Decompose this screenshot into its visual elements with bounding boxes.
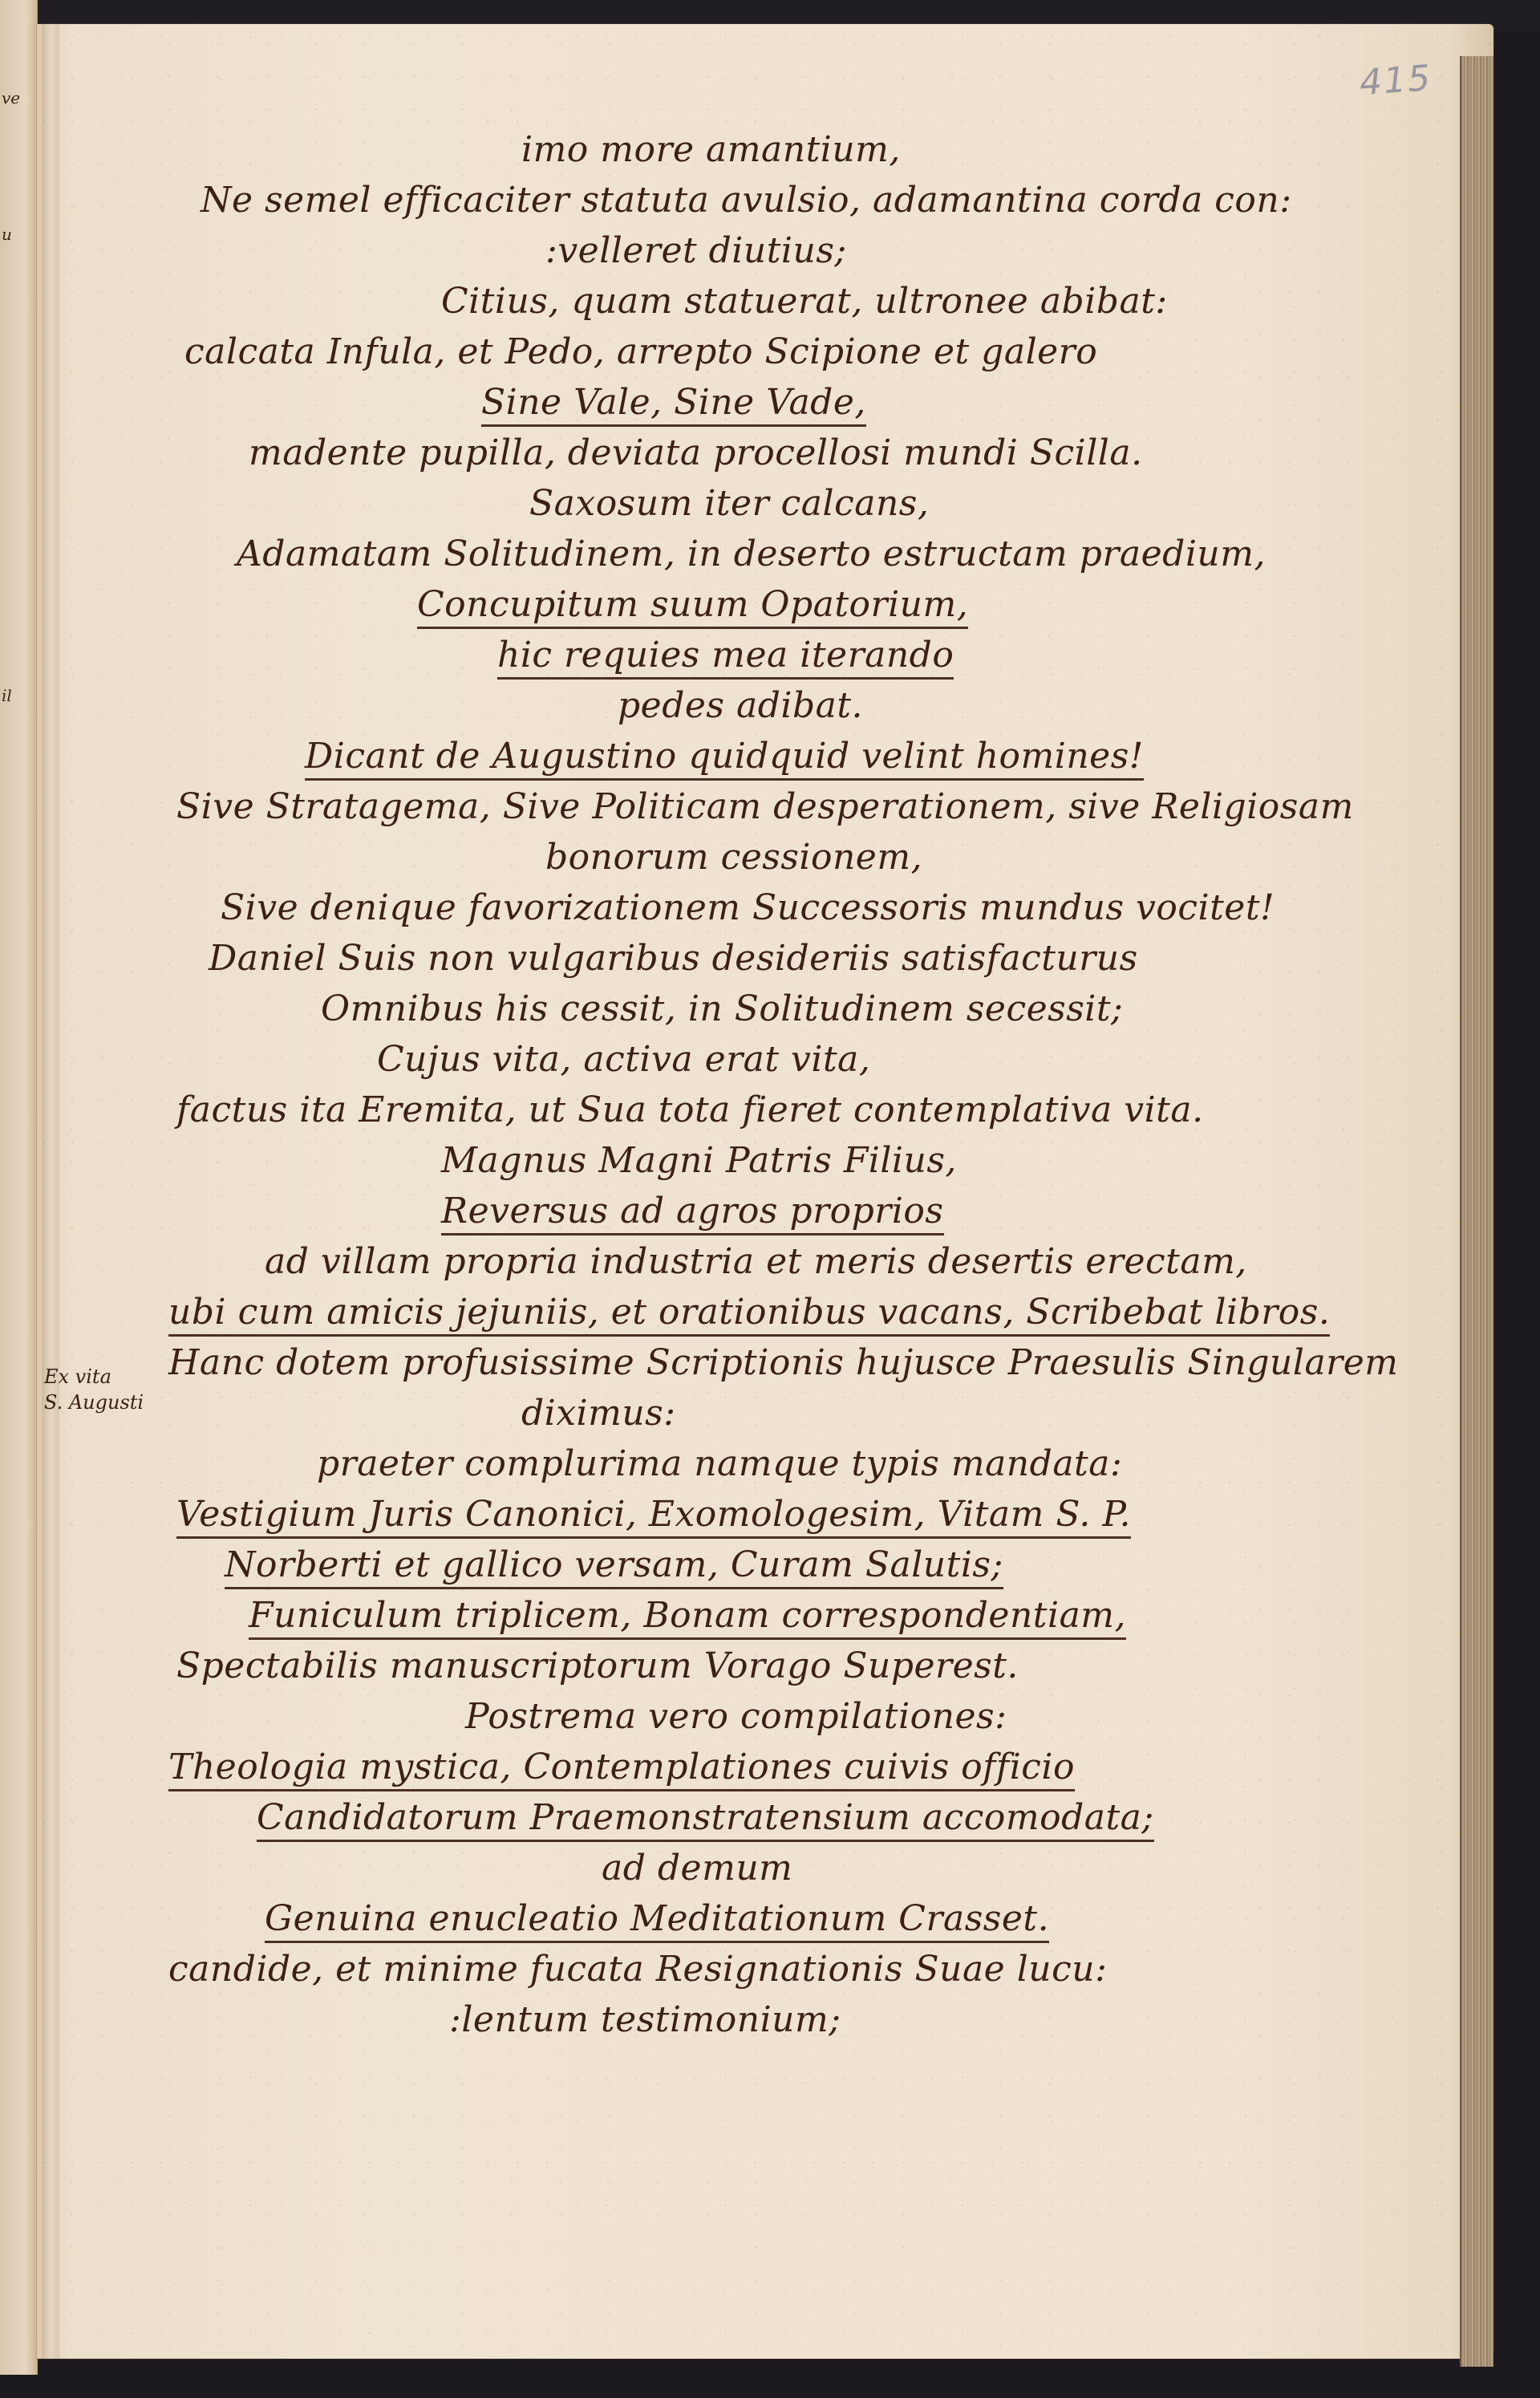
line-text: Sine Vale, Sine Vade,: [481, 382, 866, 427]
manuscript-line: Spectabilis manuscriptorum Vorago Supere…: [168, 1641, 1372, 1691]
line-text: diximus:: [521, 1393, 676, 1434]
line-text: Omnibus his cessit, in Solitudinem seces…: [321, 988, 1123, 1029]
manuscript-text: imo more amantium,Ne semel efficaciter s…: [168, 124, 1372, 2045]
manuscript-line: Sive Stratagema, Sive Politicam desperat…: [168, 781, 1372, 832]
manuscript-line: Omnibus his cessit, in Solitudinem seces…: [168, 984, 1372, 1034]
line-text: Adamatam Solitudinem, in deserto estruct…: [237, 534, 1266, 574]
line-text: ad demum: [602, 1848, 792, 1889]
manuscript-line: praeter complurima namque typis mandata:: [168, 1438, 1372, 1489]
line-text: Sive Stratagema, Sive Politicam desperat…: [176, 786, 1354, 827]
line-text: Genuina enucleatio Meditationum Crasset.: [265, 1898, 1049, 1943]
manuscript-line: Theologia mystica, Contemplationes cuivi…: [168, 1742, 1372, 1792]
manuscript-line: Concupitum suum Opatorium,: [168, 579, 1372, 630]
line-text: Daniel Suis non vulgaribus desideriis sa…: [209, 938, 1138, 979]
manuscript-line: imo more amantium,: [168, 124, 1372, 175]
line-text: hic requies mea iterando: [497, 635, 954, 680]
line-text: Reversus ad agros proprios: [441, 1191, 944, 1236]
manuscript-line: Norberti et gallico versam, Curam Saluti…: [168, 1540, 1372, 1590]
line-text: :velleret diutius;: [545, 230, 847, 271]
margin-note-line: Ex vita: [44, 1364, 164, 1390]
manuscript-line: Genuina enucleatio Meditationum Crasset.: [168, 1893, 1372, 1944]
line-text: Spectabilis manuscriptorum Vorago Supere…: [176, 1645, 1019, 1686]
line-text: Hanc dotem profusissime Scriptionis huju…: [168, 1342, 1398, 1383]
line-text: :lentum testimonium;: [449, 1999, 841, 2040]
line-text: Postrema vero compilationes:: [465, 1696, 1007, 1737]
manuscript-line: ad demum: [168, 1843, 1372, 1893]
manuscript-line: candide, et minime fucata Resignationis …: [168, 1944, 1372, 1994]
line-text: factus ita Eremita, ut Sua tota fieret c…: [176, 1089, 1204, 1130]
manuscript-line: ad villam propria industria et meris des…: [168, 1236, 1372, 1287]
manuscript-line: madente pupilla, deviata procellosi mund…: [168, 428, 1372, 478]
line-text: candide, et minime fucata Resignationis …: [168, 1949, 1107, 1990]
line-text: Sive denique favorizationem Successoris …: [221, 887, 1275, 928]
margin-note-line: S. Augusti: [44, 1390, 164, 1415]
line-text: Magnus Magni Patris Filius,: [441, 1140, 957, 1181]
line-text: pedes adibat.: [618, 685, 863, 726]
manuscript-line: factus ita Eremita, ut Sua tota fieret c…: [168, 1085, 1372, 1135]
line-text: Vestigium Juris Canonici, Exomologesim, …: [176, 1494, 1131, 1539]
page-number: 415: [1358, 58, 1433, 103]
line-text: Saxosum iter calcans,: [529, 483, 929, 524]
manuscript-line: Sine Vale, Sine Vade,: [168, 377, 1372, 428]
manuscript-line: Daniel Suis non vulgaribus desideriis sa…: [168, 933, 1372, 984]
line-text: Candidatorum Praemonstratensium accomoda…: [257, 1797, 1154, 1842]
line-text: ad villam propria industria et meris des…: [265, 1241, 1247, 1282]
facing-page-fragment: ve: [2, 88, 20, 108]
manuscript-line: :velleret diutius;: [168, 225, 1372, 276]
manuscript-line: Vestigium Juris Canonici, Exomologesim, …: [168, 1489, 1372, 1540]
manuscript-line: Sive denique favorizationem Successoris …: [168, 883, 1372, 933]
manuscript-line: pedes adibat.: [168, 680, 1372, 731]
manuscript-line: Ne semel efficaciter statuta avulsio, ad…: [168, 175, 1372, 225]
manuscript-line: bonorum cessionem,: [168, 832, 1372, 883]
manuscript-line: Postrema vero compilationes:: [168, 1691, 1372, 1742]
line-text: imo more amantium,: [521, 129, 901, 170]
line-text: Norberti et gallico versam, Curam Saluti…: [225, 1544, 1003, 1589]
manuscript-line: Funiculum triplicem, Bonam correspondent…: [168, 1590, 1372, 1641]
manuscript-line: :lentum testimonium;: [168, 1994, 1372, 2045]
line-text: Theologia mystica, Contemplationes cuivi…: [168, 1747, 1075, 1791]
manuscript-line: Citius, quam statuerat, ultronee abibat:: [168, 276, 1372, 327]
line-text: ubi cum amicis jejuniis, et orationibus …: [168, 1292, 1330, 1337]
manuscript-line: Cujus vita, activa erat vita,: [168, 1034, 1372, 1085]
page-fore-edge: [1460, 56, 1493, 2367]
line-text: Dicant de Augustino quidquid velint homi…: [305, 736, 1144, 781]
line-text: madente pupilla, deviata procellosi mund…: [249, 432, 1143, 473]
manuscript-line: calcata Infula, et Pedo, arrepto Scipion…: [168, 327, 1372, 377]
facing-page-fragment: il: [2, 686, 12, 705]
manuscript-line: Magnus Magni Patris Filius,: [168, 1135, 1372, 1186]
line-text: Citius, quam statuerat, ultronee abibat:: [441, 281, 1168, 322]
gutter-fold: [42, 24, 59, 2359]
manuscript-line: Candidatorum Praemonstratensium accomoda…: [168, 1792, 1372, 1843]
manuscript-line: Dicant de Augustino quidquid velint homi…: [168, 731, 1372, 781]
line-text: praeter complurima namque typis mandata:: [317, 1443, 1122, 1484]
line-text: bonorum cessionem,: [545, 837, 922, 878]
line-text: Concupitum suum Opatorium,: [417, 584, 968, 629]
manuscript-line: ubi cum amicis jejuniis, et orationibus …: [168, 1287, 1372, 1337]
manuscript-line: diximus:: [168, 1388, 1372, 1438]
manuscript-line: hic requies mea iterando: [168, 630, 1372, 680]
line-text: Ne semel efficaciter statuta avulsio, ad…: [201, 180, 1292, 221]
margin-note: Ex vita S. Augusti: [44, 1364, 164, 1415]
manuscript-line: Hanc dotem profusissime Scriptionis huju…: [168, 1337, 1372, 1388]
line-text: Cujus vita, activa erat vita,: [377, 1039, 870, 1080]
facing-page-fragment: u: [2, 225, 12, 244]
line-text: Funiculum triplicem, Bonam correspondent…: [249, 1595, 1126, 1640]
facing-page-edge: ve u il: [0, 0, 38, 2375]
manuscript-line: Saxosum iter calcans,: [168, 478, 1372, 529]
line-text: calcata Infula, et Pedo, arrepto Scipion…: [184, 331, 1097, 372]
manuscript-line: Adamatam Solitudinem, in deserto estruct…: [168, 529, 1372, 579]
manuscript-line: Reversus ad agros proprios: [168, 1186, 1372, 1236]
